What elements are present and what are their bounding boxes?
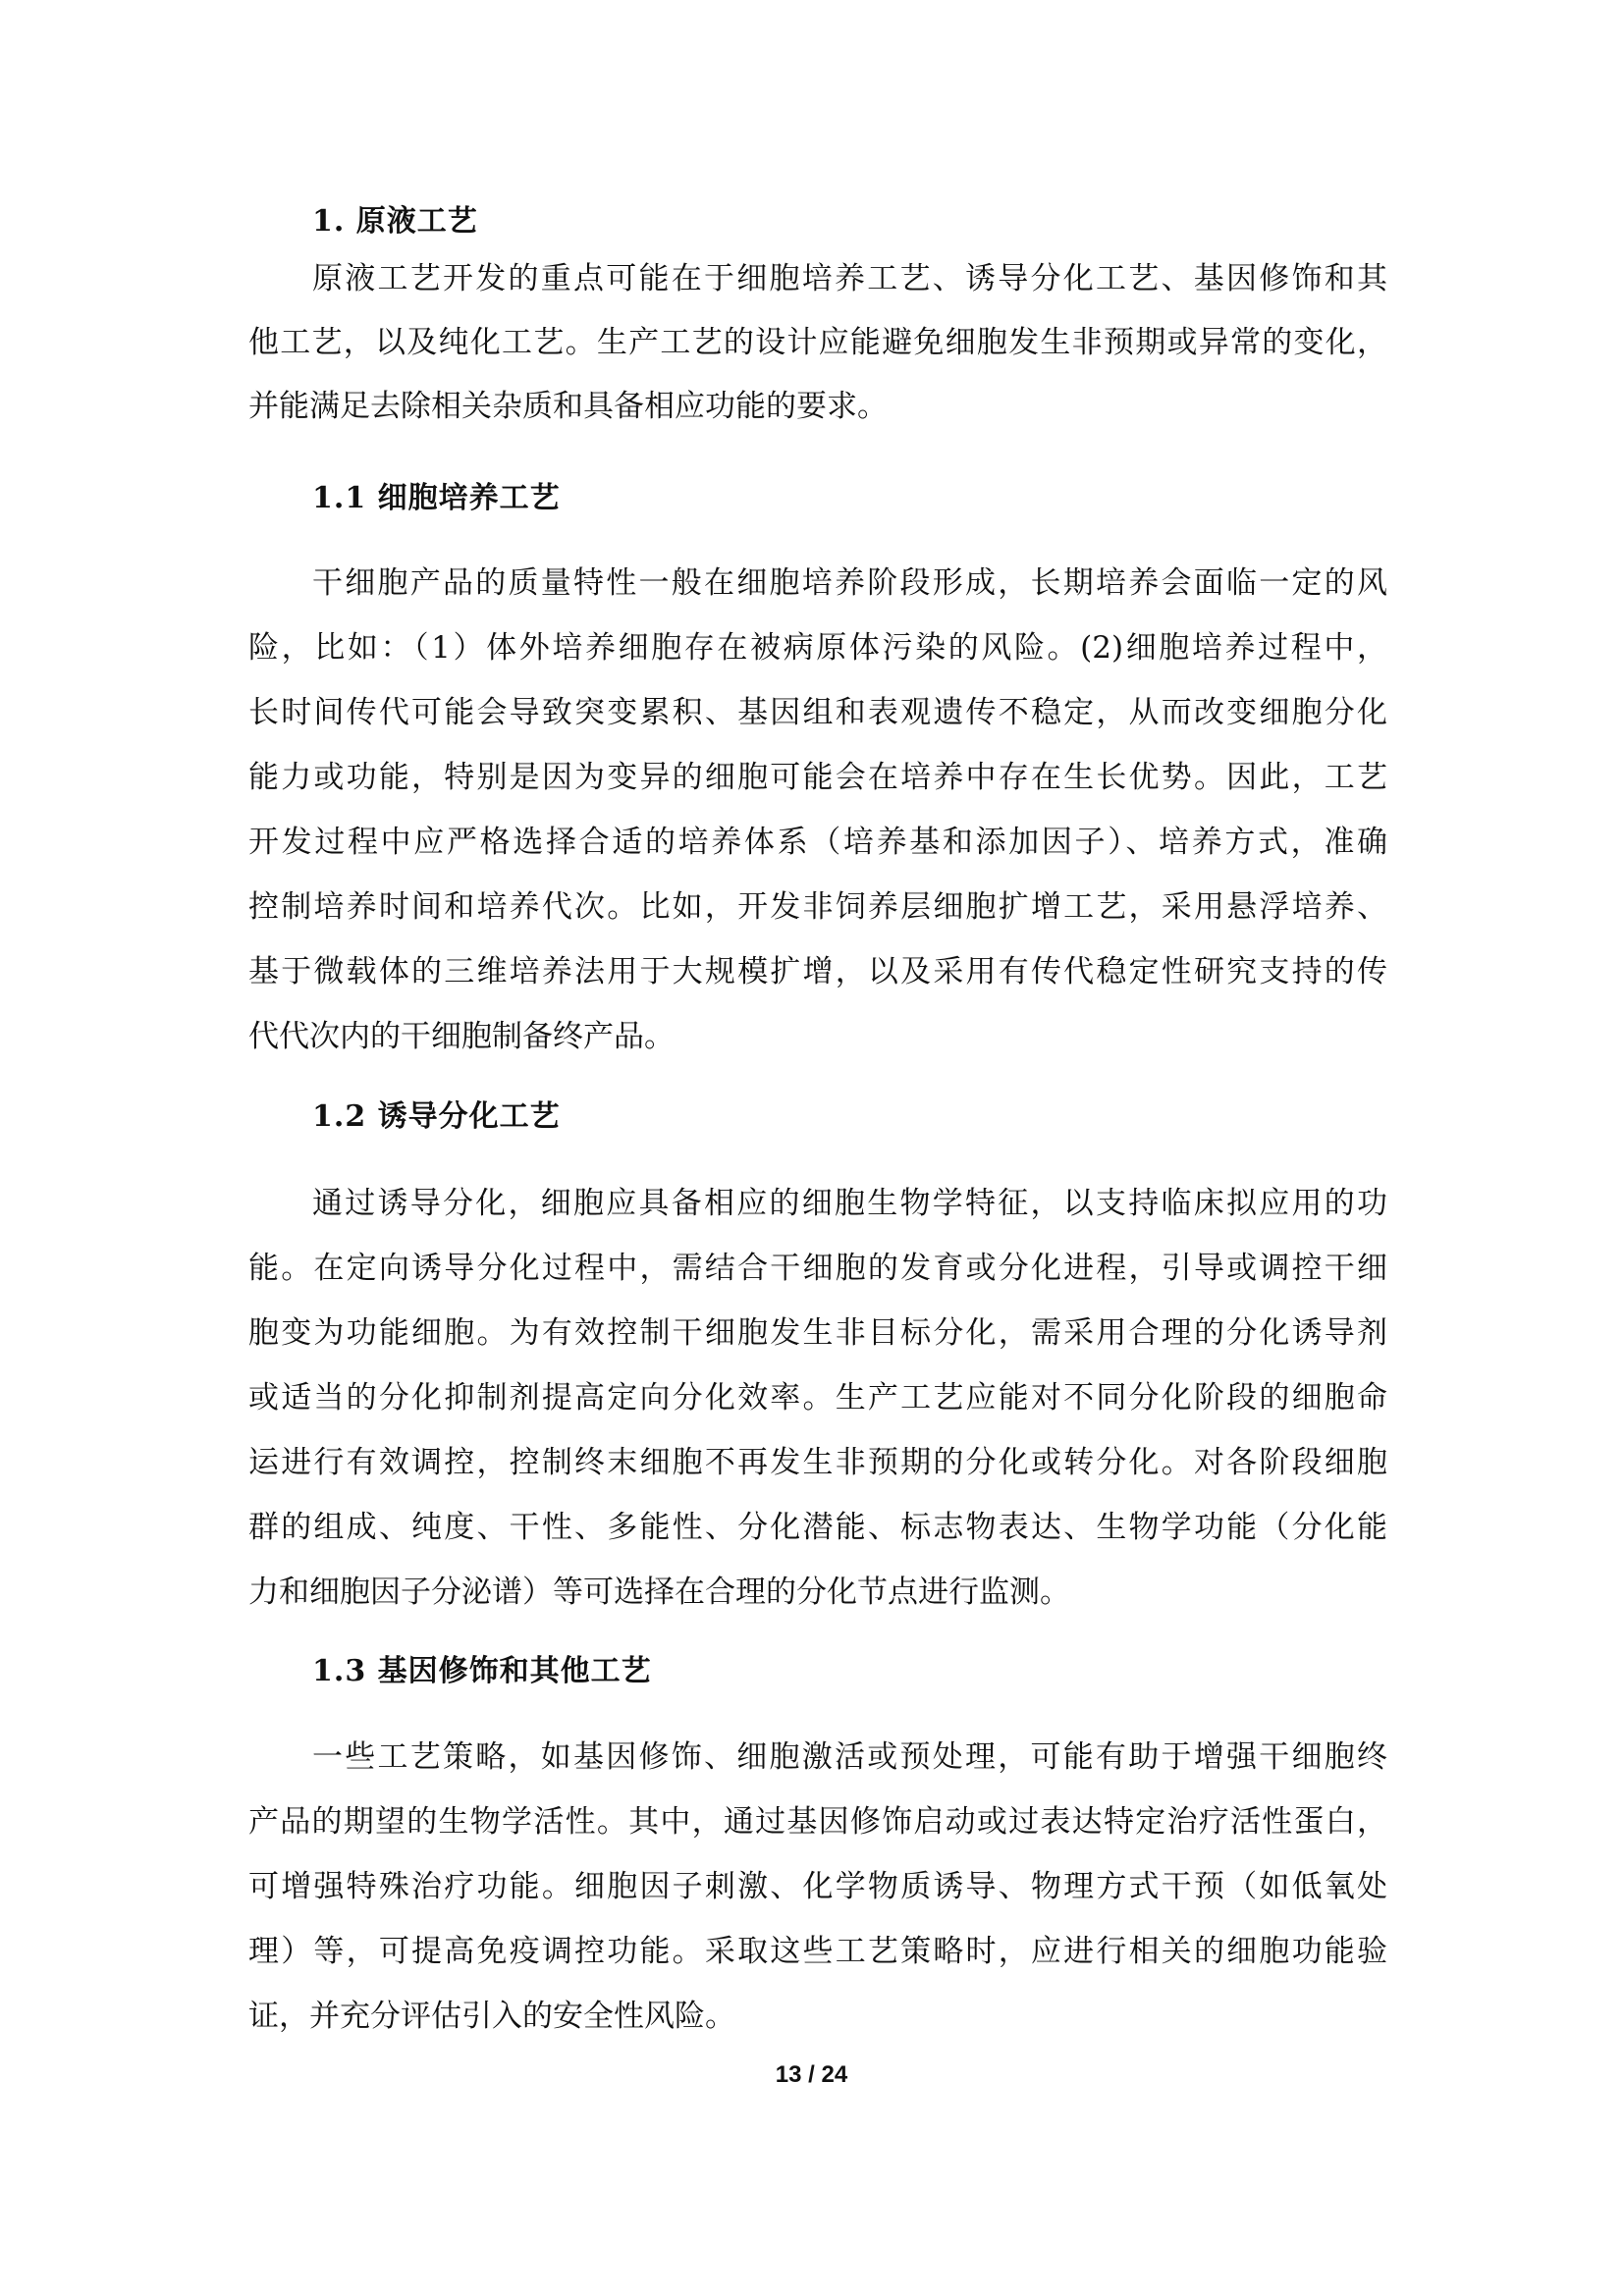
paragraph-line: 长时间传代可能会导致突变累积、基因组和表观遗传不稳定，从而改变细胞分化 bbox=[248, 687, 1387, 731]
paragraph-line: 一些工艺策略，如基因修饰、细胞激活或预处理，可能有助于增强干细胞终 bbox=[312, 1732, 1387, 1776]
paragraph-line: 控制培养时间和培养代次。比如，开发非饲养层细胞扩增工艺，采用悬浮培养、 bbox=[248, 881, 1387, 926]
paragraph-line: 能力或功能，特别是因为变异的细胞可能会在培养中存在生长优势。因此，工艺 bbox=[248, 752, 1387, 796]
section-heading-1-2: 1.2 诱导分化工艺 bbox=[312, 1092, 561, 1135]
paragraph-line: 力和细胞因子分泌谱）等可选择在合理的分化节点进行监测。 bbox=[248, 1567, 1387, 1611]
paragraph-line: 可增强特殊治疗功能。细胞因子刺激、化学物质诱导、物理方式干预（如低氧处 bbox=[248, 1861, 1387, 1905]
paragraph-line: 原液工艺开发的重点可能在于细胞培养工艺、诱导分化工艺、基因修饰和其 bbox=[312, 253, 1387, 297]
page-number: 13 / 24 bbox=[0, 2061, 1623, 2089]
paragraph-line: 开发过程中应严格选择合适的培养体系（培养基和添加因子）、培养方式，准确 bbox=[248, 817, 1387, 861]
paragraph-line: 理）等，可提高免疫调控功能。采取这些工艺策略时，应进行相关的细胞功能验 bbox=[248, 1926, 1387, 1970]
paragraph-line: 险，比如：（1）体外培养细胞存在被病原体污染的风险。(2)细胞培养过程中， bbox=[248, 622, 1387, 667]
paragraph-line: 群的组成、纯度、干性、多能性、分化潜能、标志物表达、生物学功能（分化能 bbox=[248, 1502, 1387, 1546]
paragraph-line: 干细胞产品的质量特性一般在细胞培养阶段形成，长期培养会面临一定的风 bbox=[312, 558, 1387, 602]
paragraph-line: 代代次内的干细胞制备终产品。 bbox=[248, 1011, 1387, 1055]
paragraph-line: 基于微载体的三维培养法用于大规模扩增，以及采用有传代稳定性研究支持的传 bbox=[248, 946, 1387, 990]
paragraph-line: 证，并充分评估引入的安全性风险。 bbox=[248, 1991, 1387, 2035]
section-heading-1-1: 1.1 细胞培养工艺 bbox=[312, 473, 561, 516]
paragraph-line: 他工艺，以及纯化工艺。生产工艺的设计应能避免细胞发生非预期或异常的变化， bbox=[248, 317, 1387, 361]
paragraph-line: 产品的期望的生物学活性。其中，通过基因修饰启动或过表达特定治疗活性蛋白， bbox=[248, 1796, 1387, 1841]
section-heading-1-3: 1.3 基因修饰和其他工艺 bbox=[312, 1646, 652, 1689]
paragraph-line: 通过诱导分化，细胞应具备相应的细胞生物学特征，以支持临床拟应用的功 bbox=[312, 1178, 1387, 1222]
paragraph-line: 或适当的分化抑制剂提高定向分化效率。生产工艺应能对不同分化阶段的细胞命 bbox=[248, 1372, 1387, 1416]
paragraph-line: 能。在定向诱导分化过程中，需结合干细胞的发育或分化进程，引导或调控干细 bbox=[248, 1243, 1387, 1287]
section-heading-1: 1. 原液工艺 bbox=[312, 196, 478, 240]
paragraph-line: 运进行有效调控，控制终末细胞不再发生非预期的分化或转分化。对各阶段细胞 bbox=[248, 1437, 1387, 1481]
paragraph-line: 并能满足去除相关杂质和具备相应功能的要求。 bbox=[248, 381, 1387, 425]
paragraph-line: 胞变为功能细胞。为有效控制干细胞发生非目标分化，需采用合理的分化诱导剂 bbox=[248, 1308, 1387, 1352]
